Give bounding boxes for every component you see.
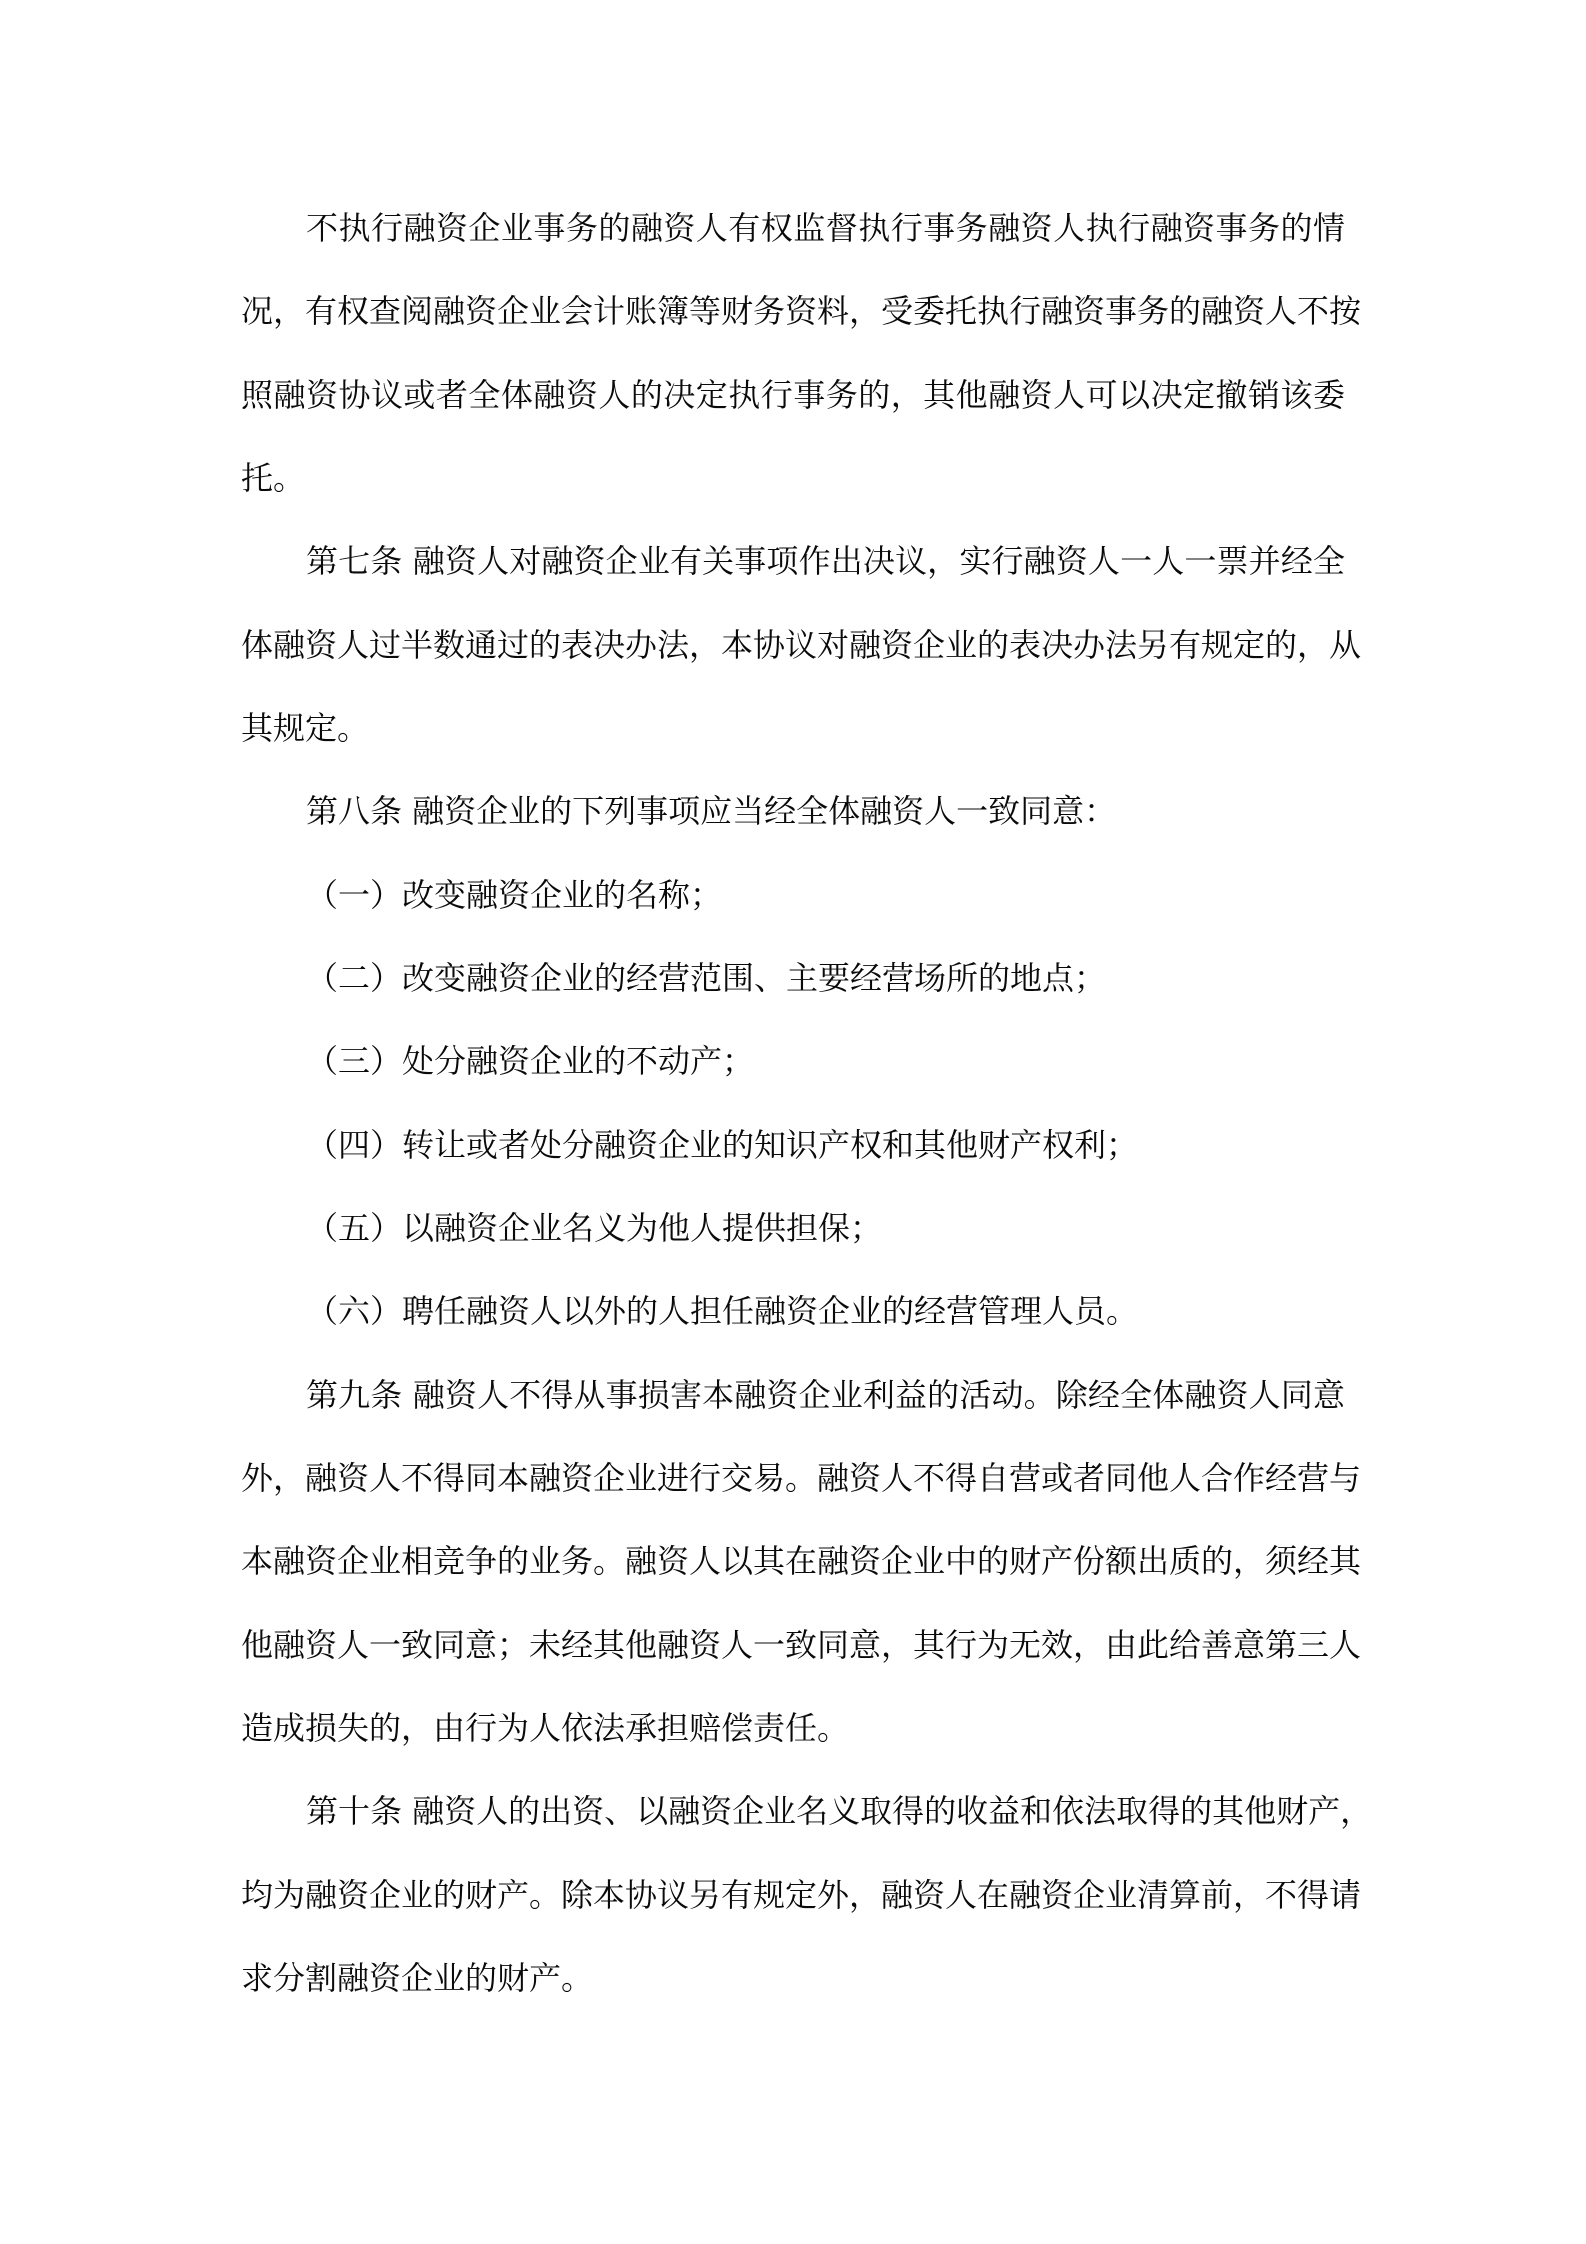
text-line: 体融资人过半数通过的表决办法，本协议对融资企业的表决办法另有规定的，从 [241,603,1345,687]
article-heading-line: 第八条 融资企业的下列事项应当经全体融资人一致同意： [306,769,1345,853]
text-line: 托。 [241,436,1345,520]
list-item: （六）聘任融资人以外的人担任融资企业的经营管理人员。 [306,1269,1345,1353]
article-heading-line: 第九条 融资人不得从事损害本融资企业利益的活动。除经全体融资人同意 [306,1353,1345,1437]
text-line: 其规定。 [241,686,1345,770]
list-item: （一）改变融资企业的名称； [306,853,1345,937]
text-line: 外，融资人不得同本融资企业进行交易。融资人不得自营或者同他人合作经营与 [241,1436,1345,1520]
article-heading-line: 第十条 融资人的出资、以融资企业名义取得的收益和依法取得的其他财产， [306,1769,1345,1853]
article-heading-line: 第七条 融资人对融资企业有关事项作出决议，实行融资人一人一票并经全 [306,519,1345,603]
list-item: （二）改变融资企业的经营范围、主要经营场所的地点； [306,936,1345,1020]
text-line: 本融资企业相竞争的业务。融资人以其在融资企业中的财产份额出质的，须经其 [241,1519,1345,1603]
text-line: 不执行融资企业事务的融资人有权监督执行事务融资人执行融资事务的情 [306,186,1345,270]
list-item: （五）以融资企业名义为他人提供担保； [306,1186,1345,1270]
list-item: （三）处分融资企业的不动产； [306,1019,1345,1103]
text-line: 求分割融资企业的财产。 [241,1936,1345,2020]
text-line: 况，有权查阅融资企业会计账簿等财务资料，受委托执行融资事务的融资人不按 [241,269,1345,353]
text-line: 照融资协议或者全体融资人的决定执行事务的，其他融资人可以决定撤销该委 [241,353,1345,437]
text-line: 造成损失的，由行为人依法承担赔偿责任。 [241,1686,1345,1770]
text-line: 他融资人一致同意；未经其他融资人一致同意，其行为无效，由此给善意第三人 [241,1603,1345,1687]
document-page: 不执行融资企业事务的融资人有权监督执行事务融资人执行融资事务的情 况，有权查阅融… [0,0,1586,2244]
list-item: （四）转让或者处分融资企业的知识产权和其他财产权利； [306,1103,1345,1187]
text-line: 均为融资企业的财产。除本协议另有规定外，融资人在融资企业清算前，不得请 [241,1853,1345,1937]
